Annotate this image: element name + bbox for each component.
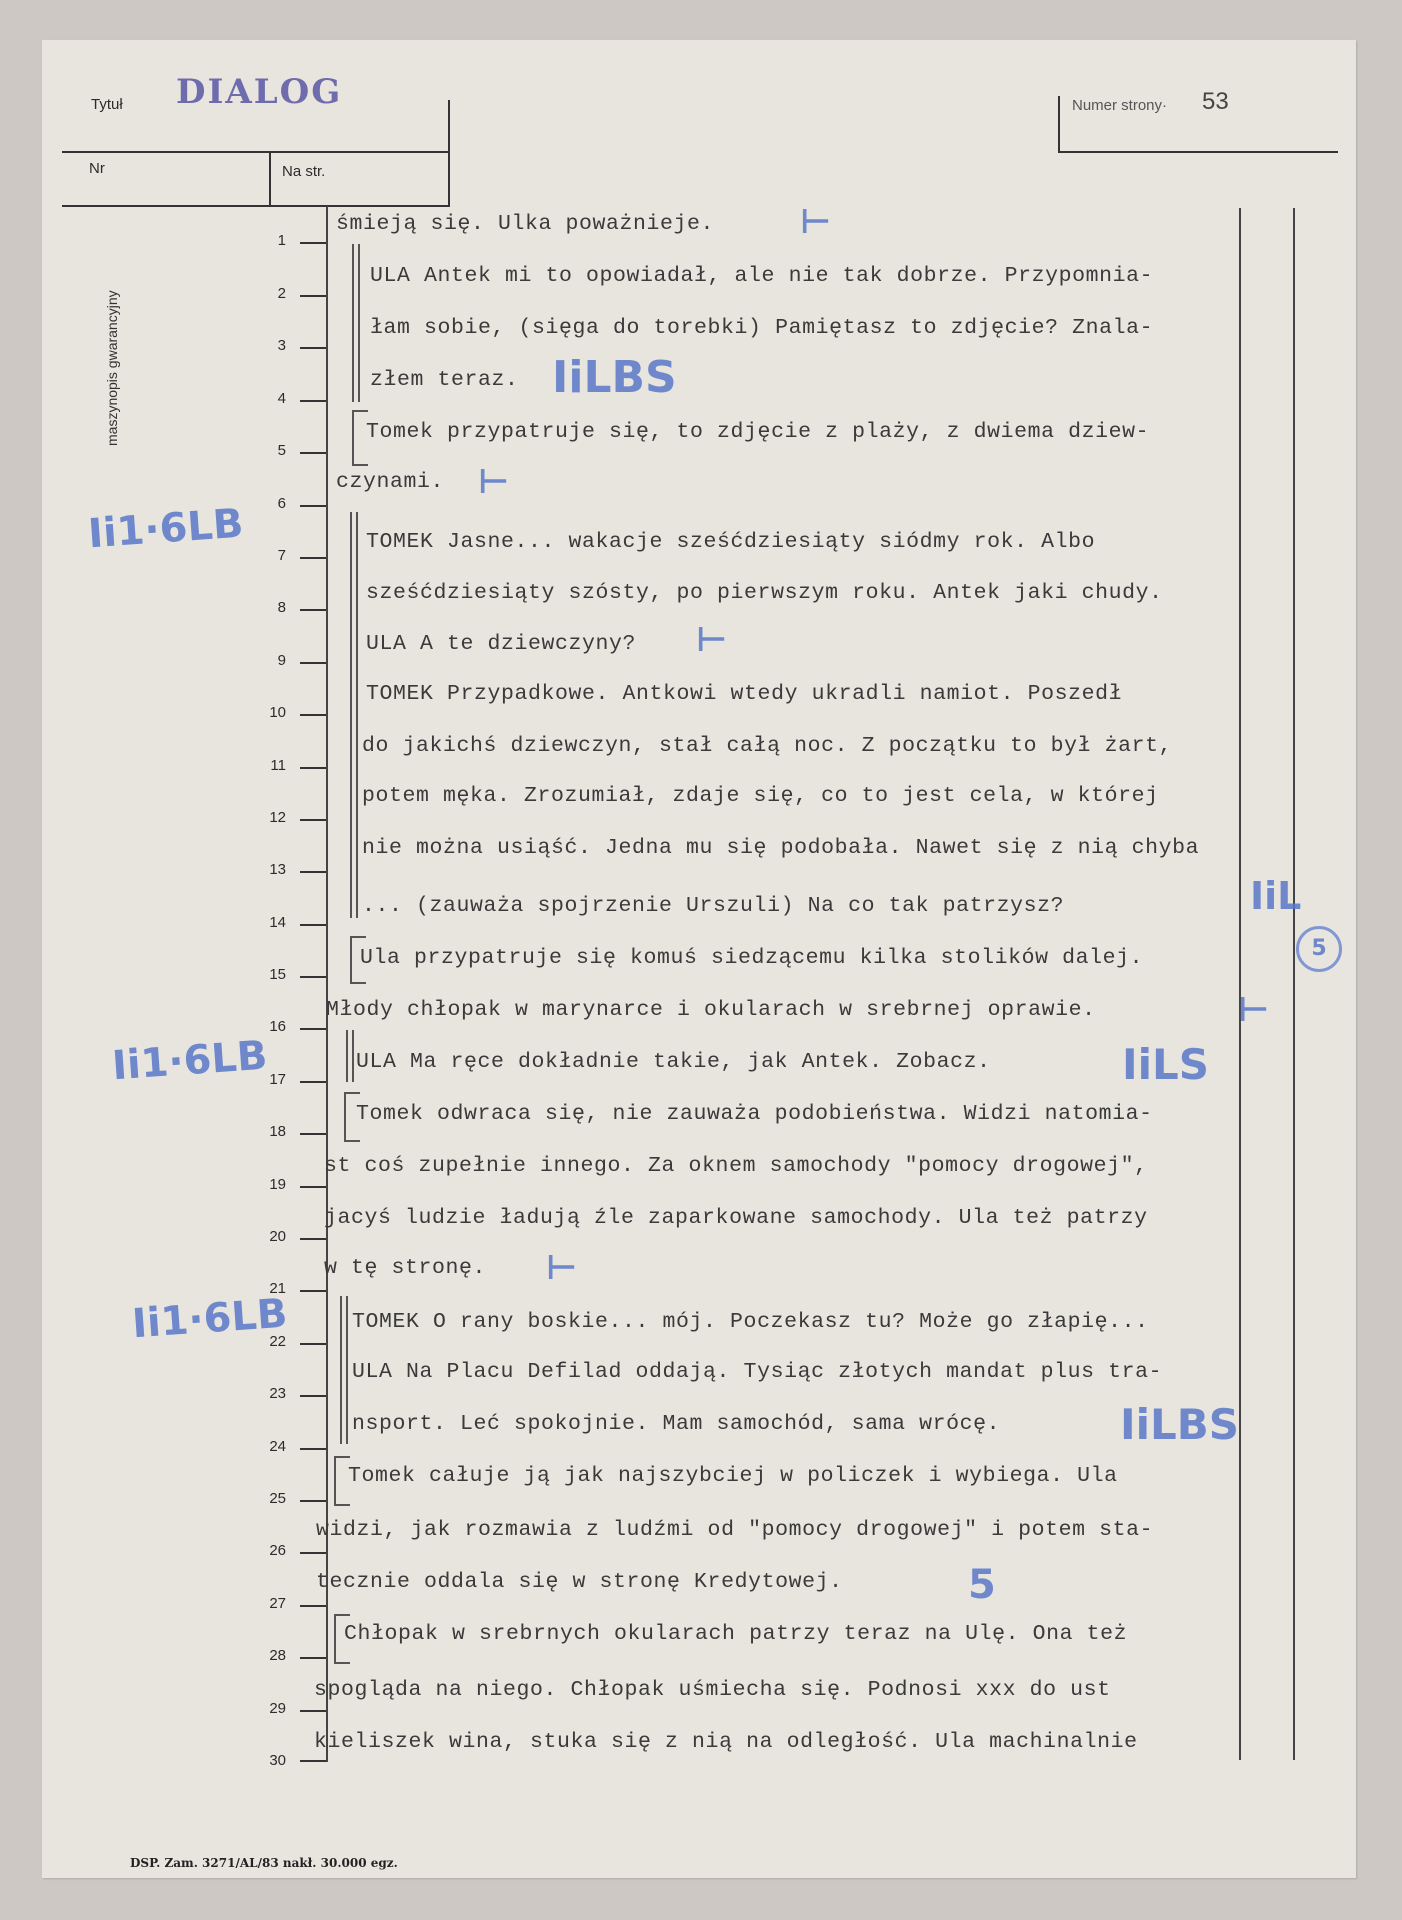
line-number: 9 bbox=[262, 652, 286, 669]
line-number: 5 bbox=[262, 442, 286, 459]
text-line: Tomek przypatruje się, to zdjęcie z plaż… bbox=[366, 420, 1149, 444]
text-line: Chłopak w srebrnych okularach patrzy ter… bbox=[344, 1622, 1127, 1646]
text-line: ULA Ma ręce dokładnie takie, jak Antek. … bbox=[356, 1050, 991, 1074]
side-label: maszynopis gwarancyjny bbox=[104, 290, 120, 446]
text-line: jacyś ludzie ładują źle zaparkowane samo… bbox=[324, 1206, 1148, 1230]
line-number: 2 bbox=[262, 285, 286, 302]
right-annotation: IiL bbox=[1250, 874, 1301, 918]
line-number: 19 bbox=[262, 1176, 286, 1193]
right-margin-line bbox=[1239, 208, 1241, 1760]
line-number: 1 bbox=[262, 232, 286, 249]
line-number: 24 bbox=[262, 1438, 286, 1455]
text-line: w tę stronę. bbox=[324, 1256, 486, 1280]
dialogue-marker bbox=[352, 244, 360, 402]
pen-mark: 5 bbox=[968, 1562, 996, 1608]
text-line: do jakichś dziewczyn, stał całą noc. Z p… bbox=[362, 734, 1172, 758]
line-number: 8 bbox=[262, 599, 286, 616]
inline-annotation: IiLBS bbox=[552, 352, 677, 403]
line-number: 4 bbox=[262, 390, 286, 407]
check-mark-icon: ⊢ bbox=[696, 620, 727, 660]
right-margin-line bbox=[1293, 208, 1295, 1760]
text-line: nsport. Leć spokojnie. Mam samochód, sam… bbox=[352, 1412, 1000, 1436]
text-line: widzi, jak rozmawia z ludźmi od "pomocy … bbox=[316, 1518, 1153, 1542]
text-line: sześćdziesiąty szósty, po pierwszym roku… bbox=[366, 581, 1163, 605]
text-line: ULA Antek mi to opowiadał, ale nie tak d… bbox=[370, 264, 1153, 288]
line-number: 15 bbox=[262, 966, 286, 983]
line-number: 3 bbox=[262, 337, 286, 354]
check-mark-icon: ⊢ bbox=[1238, 990, 1269, 1030]
stage-direction-bracket bbox=[334, 1456, 350, 1506]
text-line: spogląda na niego. Chłopak uśmiecha się.… bbox=[314, 1678, 1111, 1702]
line-number: 7 bbox=[262, 547, 286, 564]
text-line: kieliszek wina, stuka się z nią na odleg… bbox=[314, 1730, 1138, 1754]
line-number: 14 bbox=[262, 914, 286, 931]
text-line: Młody chłopak w marynarce i okularach w … bbox=[326, 998, 1096, 1022]
form-divider bbox=[62, 151, 450, 153]
stage-direction-bracket bbox=[352, 410, 368, 466]
line-number: 10 bbox=[262, 704, 286, 721]
page-box-border bbox=[1058, 96, 1060, 152]
print-info: DSP. Zam. 3271/AL/83 nakł. 30.000 egz. bbox=[130, 1856, 398, 1870]
line-number: 12 bbox=[262, 809, 286, 826]
dialogue-marker bbox=[350, 512, 358, 918]
stage-direction-bracket bbox=[350, 936, 366, 984]
page-number: 53 bbox=[1202, 88, 1229, 116]
text-line: st coś zupełnie innego. Za oknem samocho… bbox=[324, 1154, 1148, 1178]
stage-direction-bracket bbox=[344, 1092, 360, 1142]
text-line: złem teraz. bbox=[370, 368, 519, 392]
text-line: TOMEK Jasne... wakacje sześćdziesiąty si… bbox=[366, 530, 1095, 554]
na-str-label: Na str. bbox=[282, 163, 325, 180]
text-line: TOMEK O rany boskie... mój. Poczekasz tu… bbox=[352, 1310, 1149, 1334]
form-divider bbox=[269, 151, 271, 206]
line-number: 13 bbox=[262, 861, 286, 878]
text-line: TOMEK Przypadkowe. Antkowi wtedy ukradli… bbox=[366, 682, 1122, 706]
nr-label: Nr bbox=[89, 160, 105, 177]
line-number: 25 bbox=[262, 1490, 286, 1507]
text-line: Tomek całuje ją jak najszybciej w policz… bbox=[348, 1464, 1118, 1488]
text-line: czynami. bbox=[336, 470, 444, 494]
line-number: 30 bbox=[262, 1752, 286, 1769]
title-label: Tytuł bbox=[91, 96, 123, 113]
line-number: 27 bbox=[262, 1595, 286, 1612]
check-mark-icon: ⊢ bbox=[478, 462, 509, 502]
circled-number: 5 bbox=[1296, 926, 1342, 972]
line-number: 28 bbox=[262, 1647, 286, 1664]
text-line: nie można usiąść. Jedna mu się podobała.… bbox=[362, 836, 1199, 860]
page-number-label: Numer strony· bbox=[1072, 97, 1167, 114]
page-box-border bbox=[1058, 151, 1338, 153]
text-line: tecznie oddala się w stronę Kredytowej. bbox=[316, 1570, 843, 1594]
text-line: ... (zauważa spojrzenie Urszuli) Na co t… bbox=[362, 894, 1064, 918]
text-line: łam sobie, (sięga do torebki) Pamiętasz … bbox=[370, 316, 1153, 340]
title-stamp: DIALOG bbox=[176, 72, 342, 112]
stage-direction-bracket bbox=[334, 1614, 350, 1664]
line-number: 23 bbox=[262, 1385, 286, 1402]
line-number: 11 bbox=[262, 757, 286, 774]
dialogue-marker bbox=[340, 1296, 348, 1444]
form-divider bbox=[62, 205, 450, 207]
line-number: 26 bbox=[262, 1542, 286, 1559]
line-number: 20 bbox=[262, 1228, 286, 1245]
check-mark-icon: ⊢ bbox=[800, 202, 831, 242]
text-line: śmieją się. Ulka poważnieje. bbox=[336, 212, 714, 236]
inline-annotation: IiLS bbox=[1122, 1040, 1209, 1089]
line-number: 18 bbox=[262, 1123, 286, 1140]
text-line: ULA Na Placu Defilad oddają. Tysiąc złot… bbox=[352, 1360, 1162, 1384]
inline-annotation: IiLBS bbox=[1120, 1400, 1239, 1449]
text-line: potem męka. Zrozumiał, zdaje się, co to … bbox=[362, 784, 1159, 808]
text-line: Tomek odwraca się, nie zauważa podobieńs… bbox=[356, 1102, 1153, 1126]
text-line: Ula przypatruje się komuś siedzącemu kil… bbox=[360, 946, 1143, 970]
line-number: 29 bbox=[262, 1700, 286, 1717]
dialogue-marker bbox=[346, 1030, 354, 1082]
check-mark-icon: ⊢ bbox=[546, 1248, 577, 1288]
text-line: ULA A te dziewczyny? bbox=[366, 632, 636, 656]
form-border bbox=[448, 100, 450, 206]
line-number: 6 bbox=[262, 495, 286, 512]
